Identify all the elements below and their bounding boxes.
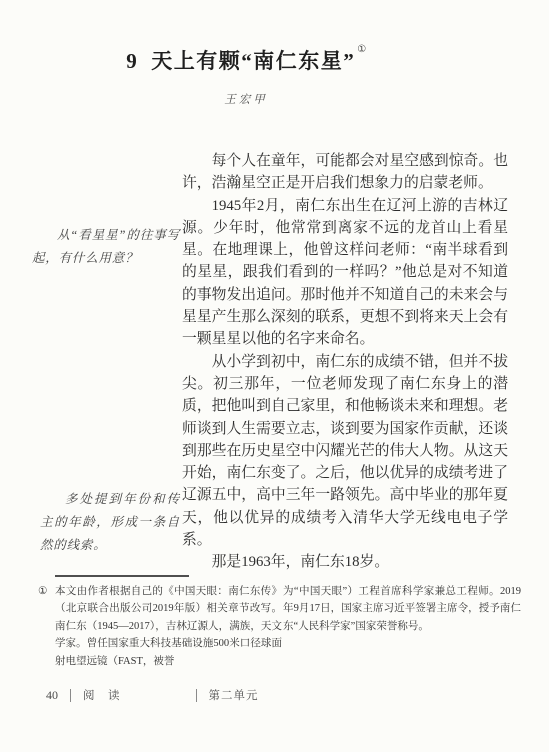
page-footer: 40 阅 读 第二单元 bbox=[46, 687, 259, 703]
footnote-column-right: 为“中国天眼”）工程首席科学家兼总工程师。2019年9月17日，国家主席习近平签… bbox=[283, 583, 521, 635]
footer-section-label: 阅 读 bbox=[83, 687, 121, 703]
footer-divider-bar bbox=[196, 689, 197, 702]
page-number: 40 bbox=[46, 688, 58, 703]
body-paragraph-2: 1945年2月，南仁东出生在辽河上游的吉林辽源。少年时，他常常到离家不远的龙首山… bbox=[182, 195, 508, 351]
body-paragraph-4: 那是1963年，南仁东18岁。 bbox=[182, 551, 508, 573]
footnote-marker: ① bbox=[38, 583, 47, 600]
footnote-text-left: 本文由作者根据自己的《中国天眼：南仁东传》（北京联合出版公司2019年版）相关章… bbox=[55, 586, 282, 667]
lesson-header: 9天上有颗“南仁东星”① 王宏甲 bbox=[0, 44, 492, 107]
body-paragraph-1: 每个人在童年，可能都会对星空感到惊奇。也许，浩瀚星空正是开启我们想象力的启蒙老师… bbox=[182, 150, 508, 195]
lesson-title-text: 天上有颗“南仁东星” bbox=[151, 49, 355, 73]
textbook-page: 9天上有颗“南仁东星”① 王宏甲 从“看星星”的往事写起，有什么用意？ 多处提到… bbox=[0, 0, 549, 752]
margin-note-clue: 多处提到年份和传主的年龄，形成一条自然的线索。 bbox=[40, 488, 180, 557]
author-name: 王宏甲 bbox=[0, 91, 492, 107]
footnote-divider-rule bbox=[55, 575, 189, 577]
footer-divider-bar bbox=[70, 689, 71, 702]
footnote-text-right: 为“中国天眼”）工程首席科学家兼总工程师。2019年9月17日，国家主席习近平签… bbox=[283, 586, 521, 632]
body-paragraph-3: 从小学到初中，南仁东的成绩不错，但并不拔尖。初三那年，一位老师发现了南仁东身上的… bbox=[182, 351, 508, 552]
lesson-body: 每个人在童年，可能都会对星空感到惊奇。也许，浩瀚星空正是开启我们想象力的启蒙老师… bbox=[182, 150, 508, 574]
lesson-title: 9天上有颗“南仁东星”① bbox=[0, 44, 492, 75]
footnote-ref-mark: ① bbox=[357, 44, 367, 55]
margin-note-question: 从“看星星”的往事写起，有什么用意？ bbox=[32, 224, 180, 270]
footnote-column-left: ① 本文由作者根据自己的《中国天眼：南仁东传》（北京联合出版公司2019年版）相… bbox=[38, 583, 282, 670]
footer-unit-label: 第二单元 bbox=[209, 687, 259, 703]
lesson-number: 9 bbox=[126, 49, 138, 73]
